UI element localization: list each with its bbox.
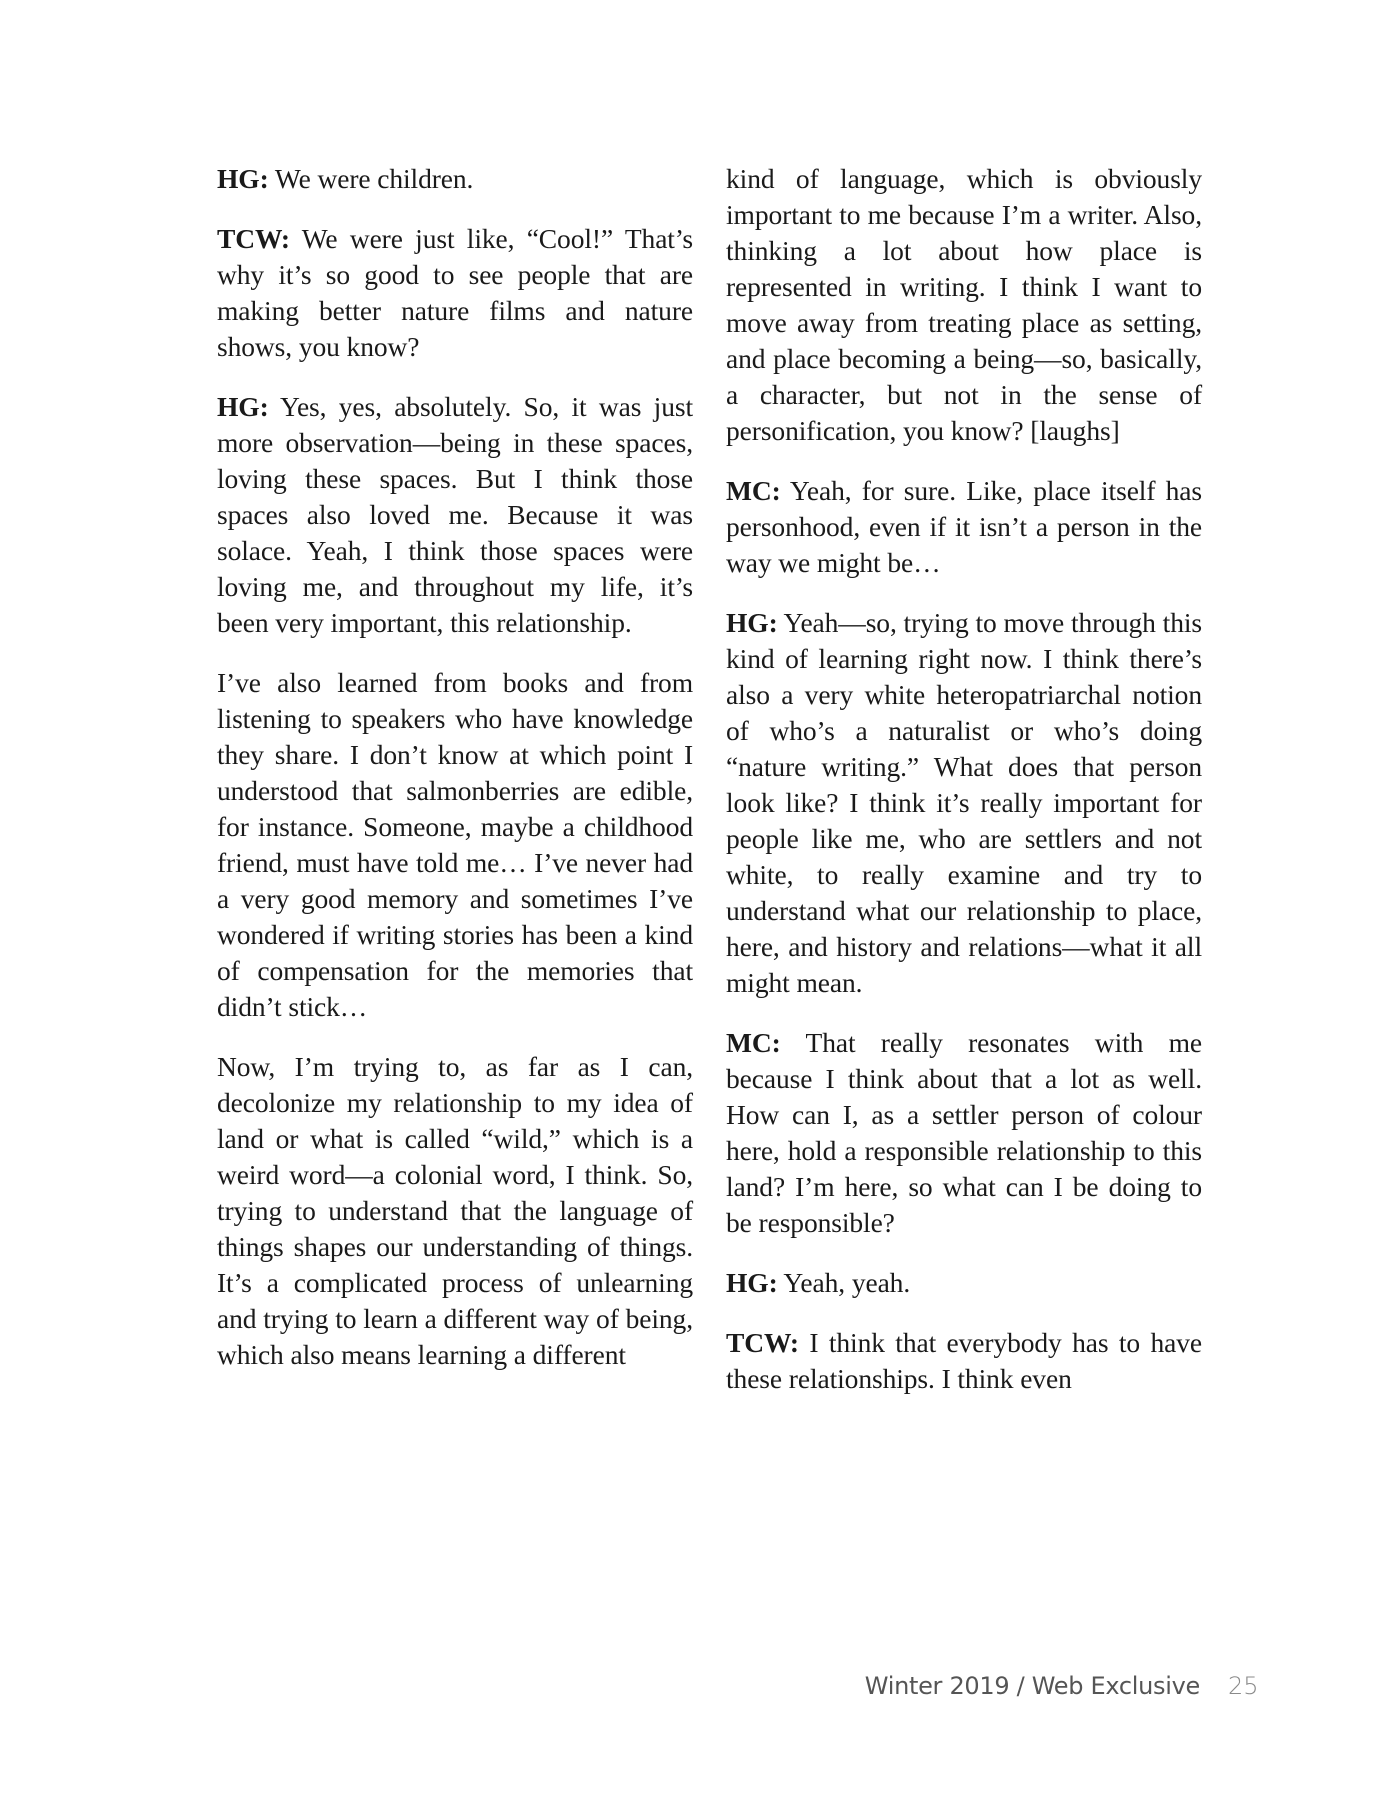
speaker-label: HG: — [217, 391, 269, 422]
paragraph: HG: We were children. — [217, 161, 693, 197]
paragraph: MC: That really resonates with me becaus… — [726, 1025, 1202, 1241]
paragraph: HG: Yeah, yeah. — [726, 1265, 1202, 1301]
paragraph-text: kind of language, which is obviously imp… — [726, 163, 1202, 446]
paragraph: TCW: We were just like, “Cool!” That’s w… — [217, 221, 693, 365]
page-number: 25 — [1228, 1672, 1259, 1700]
paragraph-text: We were children. — [269, 163, 474, 194]
paragraph-text: Yeah—so, trying to move through this kin… — [726, 607, 1202, 998]
paragraph: HG: Yeah—so, trying to move through this… — [726, 605, 1202, 1001]
speaker-label: HG: — [726, 607, 778, 638]
paragraph-text: Yeah, for sure. Like, place itself has p… — [726, 475, 1202, 578]
right-column: kind of language, which is obviously imp… — [726, 161, 1202, 1421]
paragraph-text: Yeah, yeah. — [778, 1267, 910, 1298]
paragraph: kind of language, which is obviously imp… — [726, 161, 1202, 449]
speaker-label: TCW: — [217, 223, 290, 254]
speaker-label: MC: — [726, 1027, 781, 1058]
speaker-label: TCW: — [726, 1327, 799, 1358]
paragraph-text: That really resonates with me because I … — [726, 1027, 1202, 1238]
publication-label: Winter 2019 / Web Exclusive — [865, 1672, 1200, 1700]
speaker-label: MC: — [726, 475, 781, 506]
paragraph: TCW: I think that everybody has to have … — [726, 1325, 1202, 1397]
paragraph-text: Now, I’m trying to, as far as I can, dec… — [217, 1051, 693, 1370]
paragraph: MC: Yeah, for sure. Like, place itself h… — [726, 473, 1202, 581]
paragraph: Now, I’m trying to, as far as I can, dec… — [217, 1049, 693, 1373]
paragraph: I’ve also learned from books and from li… — [217, 665, 693, 1025]
paragraph-text: I’ve also learned from books and from li… — [217, 667, 693, 1022]
left-column: HG: We were children. TCW: We were just … — [217, 161, 693, 1397]
speaker-label: HG: — [726, 1267, 778, 1298]
paragraph-text: Yes, yes, absolutely. So, it was just mo… — [217, 391, 693, 638]
page-footer: Winter 2019 / Web Exclusive 25 — [0, 1672, 1400, 1708]
speaker-label: HG: — [217, 163, 269, 194]
paragraph: HG: Yes, yes, absolutely. So, it was jus… — [217, 389, 693, 641]
